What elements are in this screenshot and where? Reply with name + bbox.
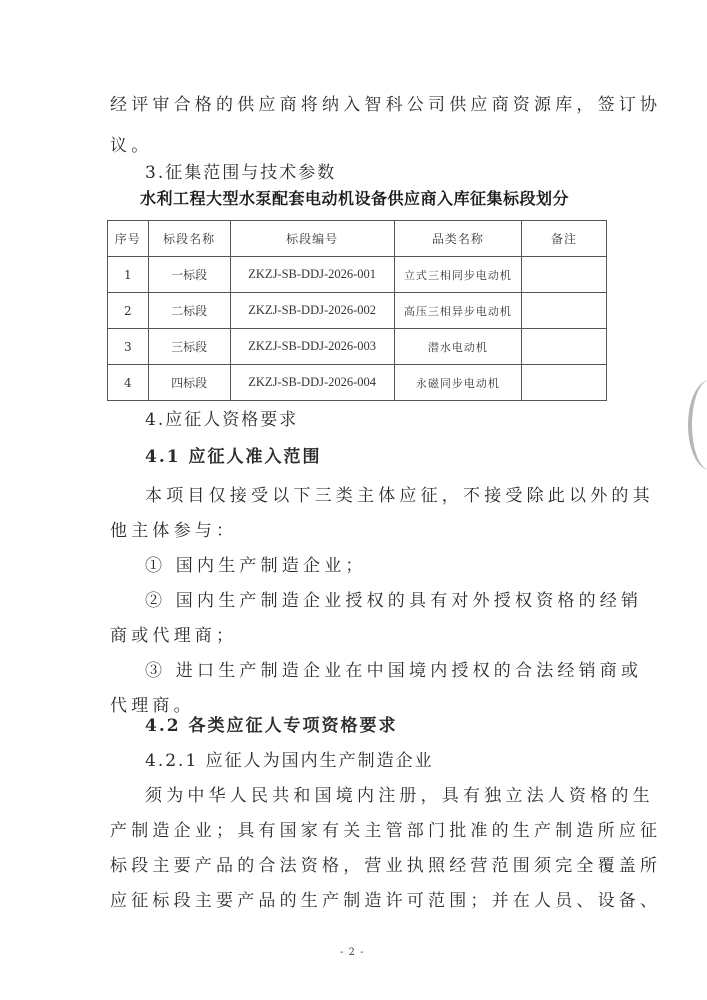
table-header-row: 序号 标段名称 标段编号 品类名称 备注 [108,221,607,257]
list-item-2: ② 国内生产制造企业授权的具有对外授权资格的经销 [145,586,642,611]
cell-section-name: 三标段 [148,329,230,365]
list-item-1: ① 国内生产制造企业； [145,551,367,576]
cell-category: 立式三相同步电动机 [394,257,521,293]
table-row: 2 二标段 ZKZJ-SB-DDJ-2026-002 高压三相异步电动机 [108,293,607,329]
column-header-category: 品类名称 [394,221,521,257]
paragraph-line: 标段主要产品的合法资格，营业执照经营范围须完全覆盖所 [110,851,661,876]
paragraph-line: 应征标段主要产品的生产制造许可范围；并在人员、设备、 [110,886,661,911]
bid-section-table: 序号 标段名称 标段编号 品类名称 备注 1 一标段 ZKZJ-SB-DDJ-2… [107,220,607,401]
cell-remarks [522,257,607,293]
cell-category: 潜水电动机 [394,329,521,365]
table-row: 3 三标段 ZKZJ-SB-DDJ-2026-003 潜水电动机 [108,329,607,365]
section-4-1-heading: 4.1 应征人准入范围 [145,442,322,467]
column-header-section-code: 标段编号 [230,221,394,257]
document-page: 经评审合格的供应商将纳入智科公司供应商资源库，签订协 议。 3.征集范围与技术参… [0,0,707,1000]
column-header-section-name: 标段名称 [148,221,230,257]
cell-remarks [522,329,607,365]
paragraph-intro-line: 议。 [110,131,152,156]
section-4-2-heading: 4.2 各类应征人专项资格要求 [145,711,398,736]
section-4-2-1-heading: 4.2.1 应征人为国内生产制造企业 [145,746,434,771]
table-title: 水利工程大型水泵配套电动机设备供应商入库征集标段划分 [140,186,569,209]
cell-index: 1 [108,257,149,293]
cell-section-code: ZKZJ-SB-DDJ-2026-001 [230,257,394,293]
cell-section-name: 二标段 [148,293,230,329]
section-4-heading: 4.应征人资格要求 [145,405,298,430]
cell-section-code: ZKZJ-SB-DDJ-2026-004 [230,365,394,401]
cell-section-name: 四标段 [148,365,230,401]
table-row: 1 一标段 ZKZJ-SB-DDJ-2026-001 立式三相同步电动机 [108,257,607,293]
list-item-3: ③ 进口生产制造企业在中国境内授权的合法经销商或 [145,656,642,681]
seal-stamp-edge-icon [688,380,707,470]
paragraph-line: 本项目仅接受以下三类主体应征，不接受除此以外的其 [145,481,654,506]
table-row: 4 四标段 ZKZJ-SB-DDJ-2026-004 永磁同步电动机 [108,365,607,401]
cell-index: 3 [108,329,149,365]
column-header-index: 序号 [108,221,149,257]
cell-section-code: ZKZJ-SB-DDJ-2026-003 [230,329,394,365]
paragraph-line: 须为中华人民共和国境内注册，具有独立法人资格的生 [145,781,654,806]
cell-category: 高压三相异步电动机 [394,293,521,329]
cell-index: 2 [108,293,149,329]
section-3-heading: 3.征集范围与技术参数 [145,158,336,183]
cell-section-code: ZKZJ-SB-DDJ-2026-002 [230,293,394,329]
cell-remarks [522,293,607,329]
cell-remarks [522,365,607,401]
cell-section-name: 一标段 [148,257,230,293]
paragraph-intro-line: 经评审合格的供应商将纳入智科公司供应商资源库，签订协 [110,90,661,115]
paragraph-line: 产制造企业；具有国家有关主管部门批准的生产制造所应征 [110,816,661,841]
cell-category: 永磁同步电动机 [394,365,521,401]
page-number: - 2 - [340,947,364,958]
column-header-remarks: 备注 [522,221,607,257]
cell-index: 4 [108,365,149,401]
paragraph-line: 他主体参与： [110,516,237,541]
list-item-2-cont: 商或代理商； [110,621,237,646]
